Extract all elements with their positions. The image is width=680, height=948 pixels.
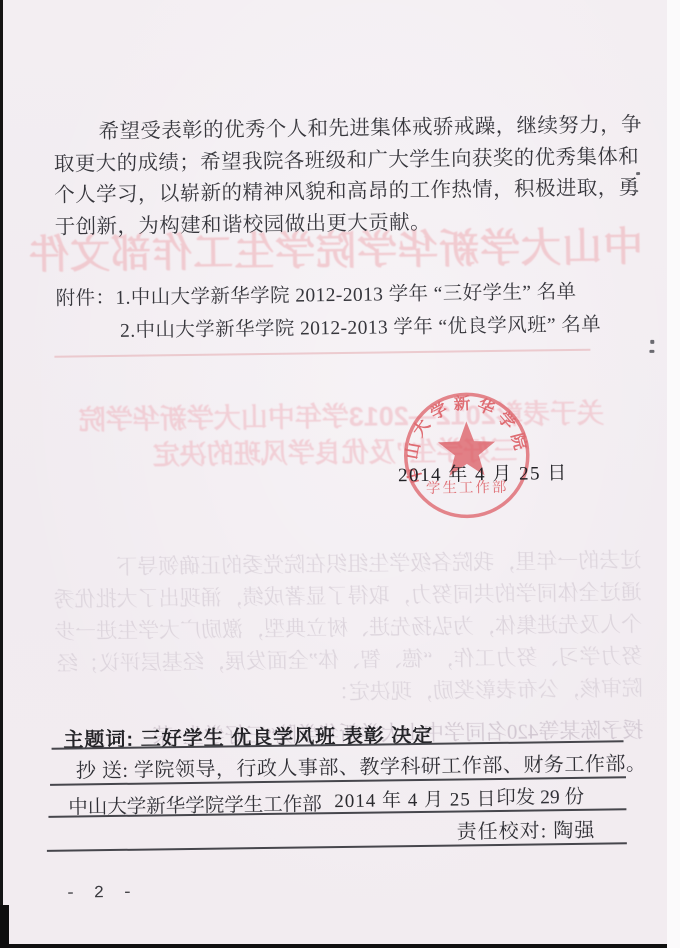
scan-edge-corner xyxy=(0,905,9,948)
scan-edge-right xyxy=(667,0,680,948)
footer-rule xyxy=(47,842,627,852)
print-date: 2014 年 4 月 25 日 xyxy=(334,784,497,813)
scan-speck xyxy=(650,340,654,344)
attachment-item: 2.中山大学新华学院 2012-2013 学年 “优良学风班” 名单 xyxy=(56,309,601,349)
copies-count: 印发 29 份 xyxy=(496,781,584,810)
scan-speck xyxy=(636,172,640,175)
scan-speck xyxy=(649,350,654,353)
signature-date: 2014 年 4 月 25 日 xyxy=(398,458,568,487)
scan-speck xyxy=(633,190,638,192)
bleedthrough-red-rule xyxy=(54,349,590,358)
scan-edge-bottom xyxy=(0,944,680,948)
page-number: - 2 - xyxy=(65,884,136,904)
scan-content: 中山大学新华学院学生工作部文件 关于表彰2012—2013学年中山大学新华学院 … xyxy=(0,0,680,948)
scan-edge-left xyxy=(0,0,3,948)
attachment-list: 附件：1.中山大学新华学院 2012-2013 学年 “三好学生” 名单 2.中… xyxy=(55,276,601,349)
official-seal: 中山大学新华学院 学生工作部 xyxy=(398,386,536,524)
proofreader-row: 责任校对: 陶强 xyxy=(456,814,595,845)
body-paragraph: 希望受表彰的优秀个人和先进集体戒骄戒躁，继续努力，争 取更大的成绩；希望我院各班… xyxy=(53,110,627,243)
scanned-document-page: { "body": { "lines": [ "希望受表彰的优秀个人和先进集体戒… xyxy=(0,0,680,948)
